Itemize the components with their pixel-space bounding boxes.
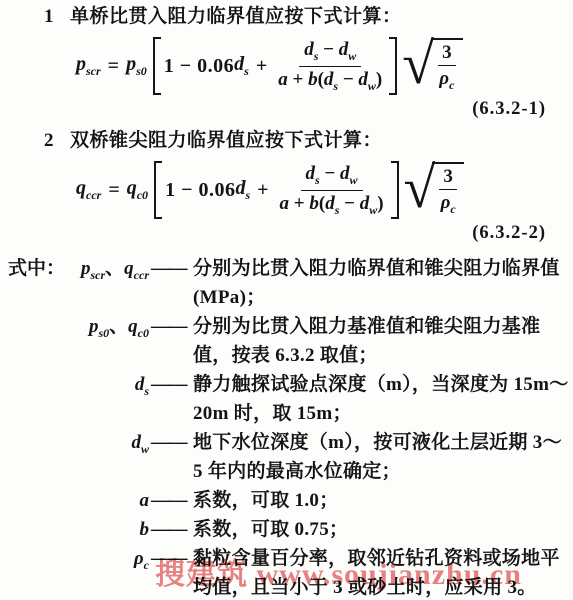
right-bracket	[389, 37, 397, 95]
den-dw-sub: w	[368, 78, 376, 92]
formula-2-sqrt-content: 3 ρc	[432, 162, 464, 217]
formula-2-term1: 1 − 0.06	[165, 179, 235, 202]
definition-left: dw——	[0, 428, 186, 464]
num-ds-sub: s	[315, 173, 320, 187]
definition-dw: dw—— 地下水位深度（m），按可液化土层近期 3～ 5 年内的最高水位确定；	[0, 428, 573, 486]
formula-2-fraction: ds − dw a + b(ds − dw)	[280, 163, 384, 218]
definition-line: 5 年内的最高水位确定；	[193, 457, 562, 486]
sqrt-numerator: 3	[438, 42, 456, 66]
den-ds-sub: s	[335, 202, 340, 216]
formula-2-fraction-denominator: a + b(ds − dw)	[280, 191, 384, 218]
formula-1-lhs-base: p	[76, 53, 86, 75]
formula-2-lhs: qccr	[76, 177, 101, 203]
formula-1-lhs: pscr	[76, 53, 101, 79]
sym-p-sub: scr	[90, 268, 105, 282]
plus-sign: +	[294, 193, 305, 214]
definition-pscr-qccr: 式中： pscr、qccr—— 分别为比贯入阻力临界值和锥尖阻力临界值 (MPa…	[0, 254, 573, 312]
formula-2-ds-base: d	[235, 177, 245, 199]
definition-dash: ——	[151, 370, 186, 406]
num-dw: d	[339, 39, 349, 60]
formula-1-lhs-sub: scr	[86, 64, 101, 78]
minus-sign: −	[344, 193, 355, 214]
formula-2-fraction-numerator: ds − dw	[301, 163, 363, 191]
definition-left: a——	[0, 486, 186, 515]
clause-2-number: 2	[44, 129, 70, 153]
definition-left: ps0、qc0——	[0, 312, 186, 348]
minus-sign: −	[324, 163, 335, 184]
clause-1-number: 1	[44, 5, 70, 29]
sym-rho-sub: c	[144, 558, 149, 572]
sym-q: q	[128, 316, 138, 337]
definition-text: 分别为比贯入阻力基准值和锥尖阻力基准 值，按表 6.3.2 取值；	[193, 312, 540, 370]
definition-dash: ——	[151, 312, 186, 348]
sym-d-sub: s	[144, 384, 149, 398]
definition-line: 值，按表 6.3.2 取值；	[193, 341, 540, 370]
formula-1-ds-base: d	[234, 53, 244, 75]
num-ds: d	[304, 39, 314, 60]
definition-dash: ——	[151, 515, 186, 544]
equals-sign: =	[108, 55, 119, 78]
watermark: 搜建筑 www.soujianzhu.cn	[155, 549, 522, 593]
den-ds: d	[324, 69, 334, 90]
left-bracket	[154, 161, 162, 219]
definition-ps0-qc0: ps0、qc0—— 分别为比贯入阻力基准值和锥尖阻力基准 值，按表 6.3.2 …	[0, 312, 573, 370]
num-ds-sub: s	[314, 49, 319, 63]
num-dw-sub: w	[348, 49, 356, 63]
sqrt-denominator: ρc	[439, 66, 454, 93]
definition-text: 地下水位深度（m），按可液化土层近期 3～ 5 年内的最高水位确定；	[193, 428, 562, 486]
den-a: a	[280, 193, 290, 214]
sym-d-sub: w	[141, 442, 149, 456]
plus-sign: +	[257, 179, 268, 202]
right-bracket	[391, 161, 399, 219]
rho: ρ	[439, 68, 449, 89]
definition-line: 地下水位深度（m），按可液化土层近期 3～	[193, 428, 562, 457]
formula-2-coef: qc0	[127, 177, 148, 203]
definition-line: (MPa)；	[193, 283, 560, 312]
where-prefix: 式中：	[8, 254, 65, 290]
definition-dash: ——	[151, 486, 186, 515]
formula-2-ds-sub: s	[245, 188, 250, 202]
clause-1-text: 单桥比贯入阻力临界值应按下式计算：	[70, 6, 402, 27]
close-paren: )	[377, 193, 383, 214]
definition-line: 分别为比贯入阻力临界值和锥尖阻力临界值	[193, 254, 560, 283]
radical-sign: √	[404, 159, 436, 217]
equation-label-1: (6.3.2-1)	[0, 97, 573, 121]
formula-2-lhs-sub: ccr	[86, 188, 101, 202]
formula-1-term1: 1 − 0.06	[164, 55, 234, 78]
formula-2-term1-var: ds	[235, 177, 250, 203]
formula-1-sqrt-content: 3 ρc	[431, 38, 463, 93]
formula-1-fraction-denominator: a + b(ds − dw)	[278, 67, 382, 94]
definition-dash: ——	[151, 428, 186, 464]
den-b: b	[308, 69, 318, 90]
formula-1-coef-base: p	[126, 53, 136, 75]
den-dw: d	[358, 69, 368, 90]
formula-1-coef: ps0	[126, 53, 147, 79]
sym-q-sub: ccr	[134, 268, 149, 282]
definition-line: 分别为比贯入阻力基准值和锥尖阻力基准	[193, 312, 540, 341]
plus-sign: +	[292, 69, 303, 90]
den-ds-sub: s	[333, 78, 338, 92]
sqrt-numerator: 3	[439, 166, 457, 190]
enumeration-comma: 、	[109, 312, 128, 348]
formula-1-ds-sub: s	[244, 64, 249, 78]
definition-ds: ds—— 静力触探试验点深度（m），当深度为 15m～ 20m 时，取 15m；	[0, 370, 573, 428]
plus-sign: +	[256, 55, 267, 78]
sym-b: b	[140, 519, 150, 540]
sym-q: q	[124, 258, 134, 279]
formula-1-fraction: ds − dw a + b(ds − dw)	[278, 39, 382, 94]
definition-text: 分别为比贯入阻力临界值和锥尖阻力临界值 (MPa)；	[193, 254, 560, 312]
document-page: 1单桥比贯入阻力临界值应按下式计算： pscr = ps0 1 − 0.06 d…	[0, 0, 573, 600]
sym-q-sub: c0	[138, 326, 149, 340]
definition-line: 20m 时，取 15m；	[193, 399, 569, 428]
definition-b: b—— 系数，可取 0.75；	[0, 515, 573, 544]
minus-sign: −	[343, 69, 354, 90]
definition-line: 系数，可取 0.75；	[193, 515, 348, 544]
num-dw: d	[340, 163, 350, 184]
enumeration-comma: 、	[105, 258, 124, 279]
sym-d: d	[131, 432, 141, 453]
rho-sub: c	[449, 78, 454, 92]
formula-2-sqrt: √ 3 ρc	[404, 161, 464, 219]
formula-2-coef-sub: c0	[137, 188, 148, 202]
symbol-group: pscr、qccr——	[81, 254, 186, 290]
definition-left: b——	[0, 515, 186, 544]
clause-2-heading: 2双桥锥尖阻力临界值应按下式计算：	[0, 129, 573, 153]
num-dw-sub: w	[350, 173, 358, 187]
formula-1-sqrt: √ 3 ρc	[402, 37, 462, 95]
definition-text: 系数，可取 1.0；	[193, 486, 339, 515]
rho: ρ	[441, 192, 451, 213]
definition-left: ds——	[0, 370, 186, 406]
formula-1-coef-sub: s0	[136, 64, 147, 78]
clause-1-heading: 1单桥比贯入阻力临界值应按下式计算：	[0, 0, 573, 29]
rho-sub: c	[450, 202, 455, 216]
definition-a: a—— 系数，可取 1.0；	[0, 486, 573, 515]
formula-1: pscr = ps0 1 − 0.06 ds + ds − dw a + b(d…	[76, 36, 573, 96]
close-paren: )	[376, 69, 382, 90]
formula-1-term1-var: ds	[234, 53, 249, 79]
formula-2-coef-base: q	[127, 177, 137, 199]
sym-d: d	[135, 374, 145, 395]
definition-dash: ——	[151, 258, 186, 279]
definition-text: 静力触探试验点深度（m），当深度为 15m～ 20m 时，取 15m；	[193, 370, 569, 428]
den-a: a	[278, 69, 288, 90]
sym-p-sub: s0	[98, 326, 109, 340]
left-bracket	[153, 37, 161, 95]
radical-sign: √	[402, 35, 434, 93]
formula-2-lhs-base: q	[76, 177, 86, 199]
num-ds: d	[306, 163, 316, 184]
sqrt-denominator: ρc	[441, 190, 456, 217]
formula-2: qccr = qc0 1 − 0.06 ds + ds − dw a + b(d…	[76, 160, 573, 220]
formula-1-fraction-numerator: ds − dw	[299, 39, 361, 67]
equation-label-2: (6.3.2-2)	[0, 221, 573, 245]
den-dw: d	[360, 193, 370, 214]
minus-sign: −	[323, 39, 334, 60]
definition-text: 系数，可取 0.75；	[193, 515, 348, 544]
den-ds: d	[325, 193, 335, 214]
sym-rho: ρ	[134, 548, 144, 569]
definition-line: 系数，可取 1.0；	[193, 486, 339, 515]
equals-sign: =	[108, 179, 119, 202]
definition-left: 式中： pscr、qccr——	[0, 254, 186, 290]
clause-2-text: 双桥锥尖阻力临界值应按下式计算：	[70, 130, 382, 151]
sym-a: a	[140, 490, 150, 511]
definition-line: 静力触探试验点深度（m），当深度为 15m～	[193, 370, 569, 399]
den-b: b	[309, 193, 319, 214]
